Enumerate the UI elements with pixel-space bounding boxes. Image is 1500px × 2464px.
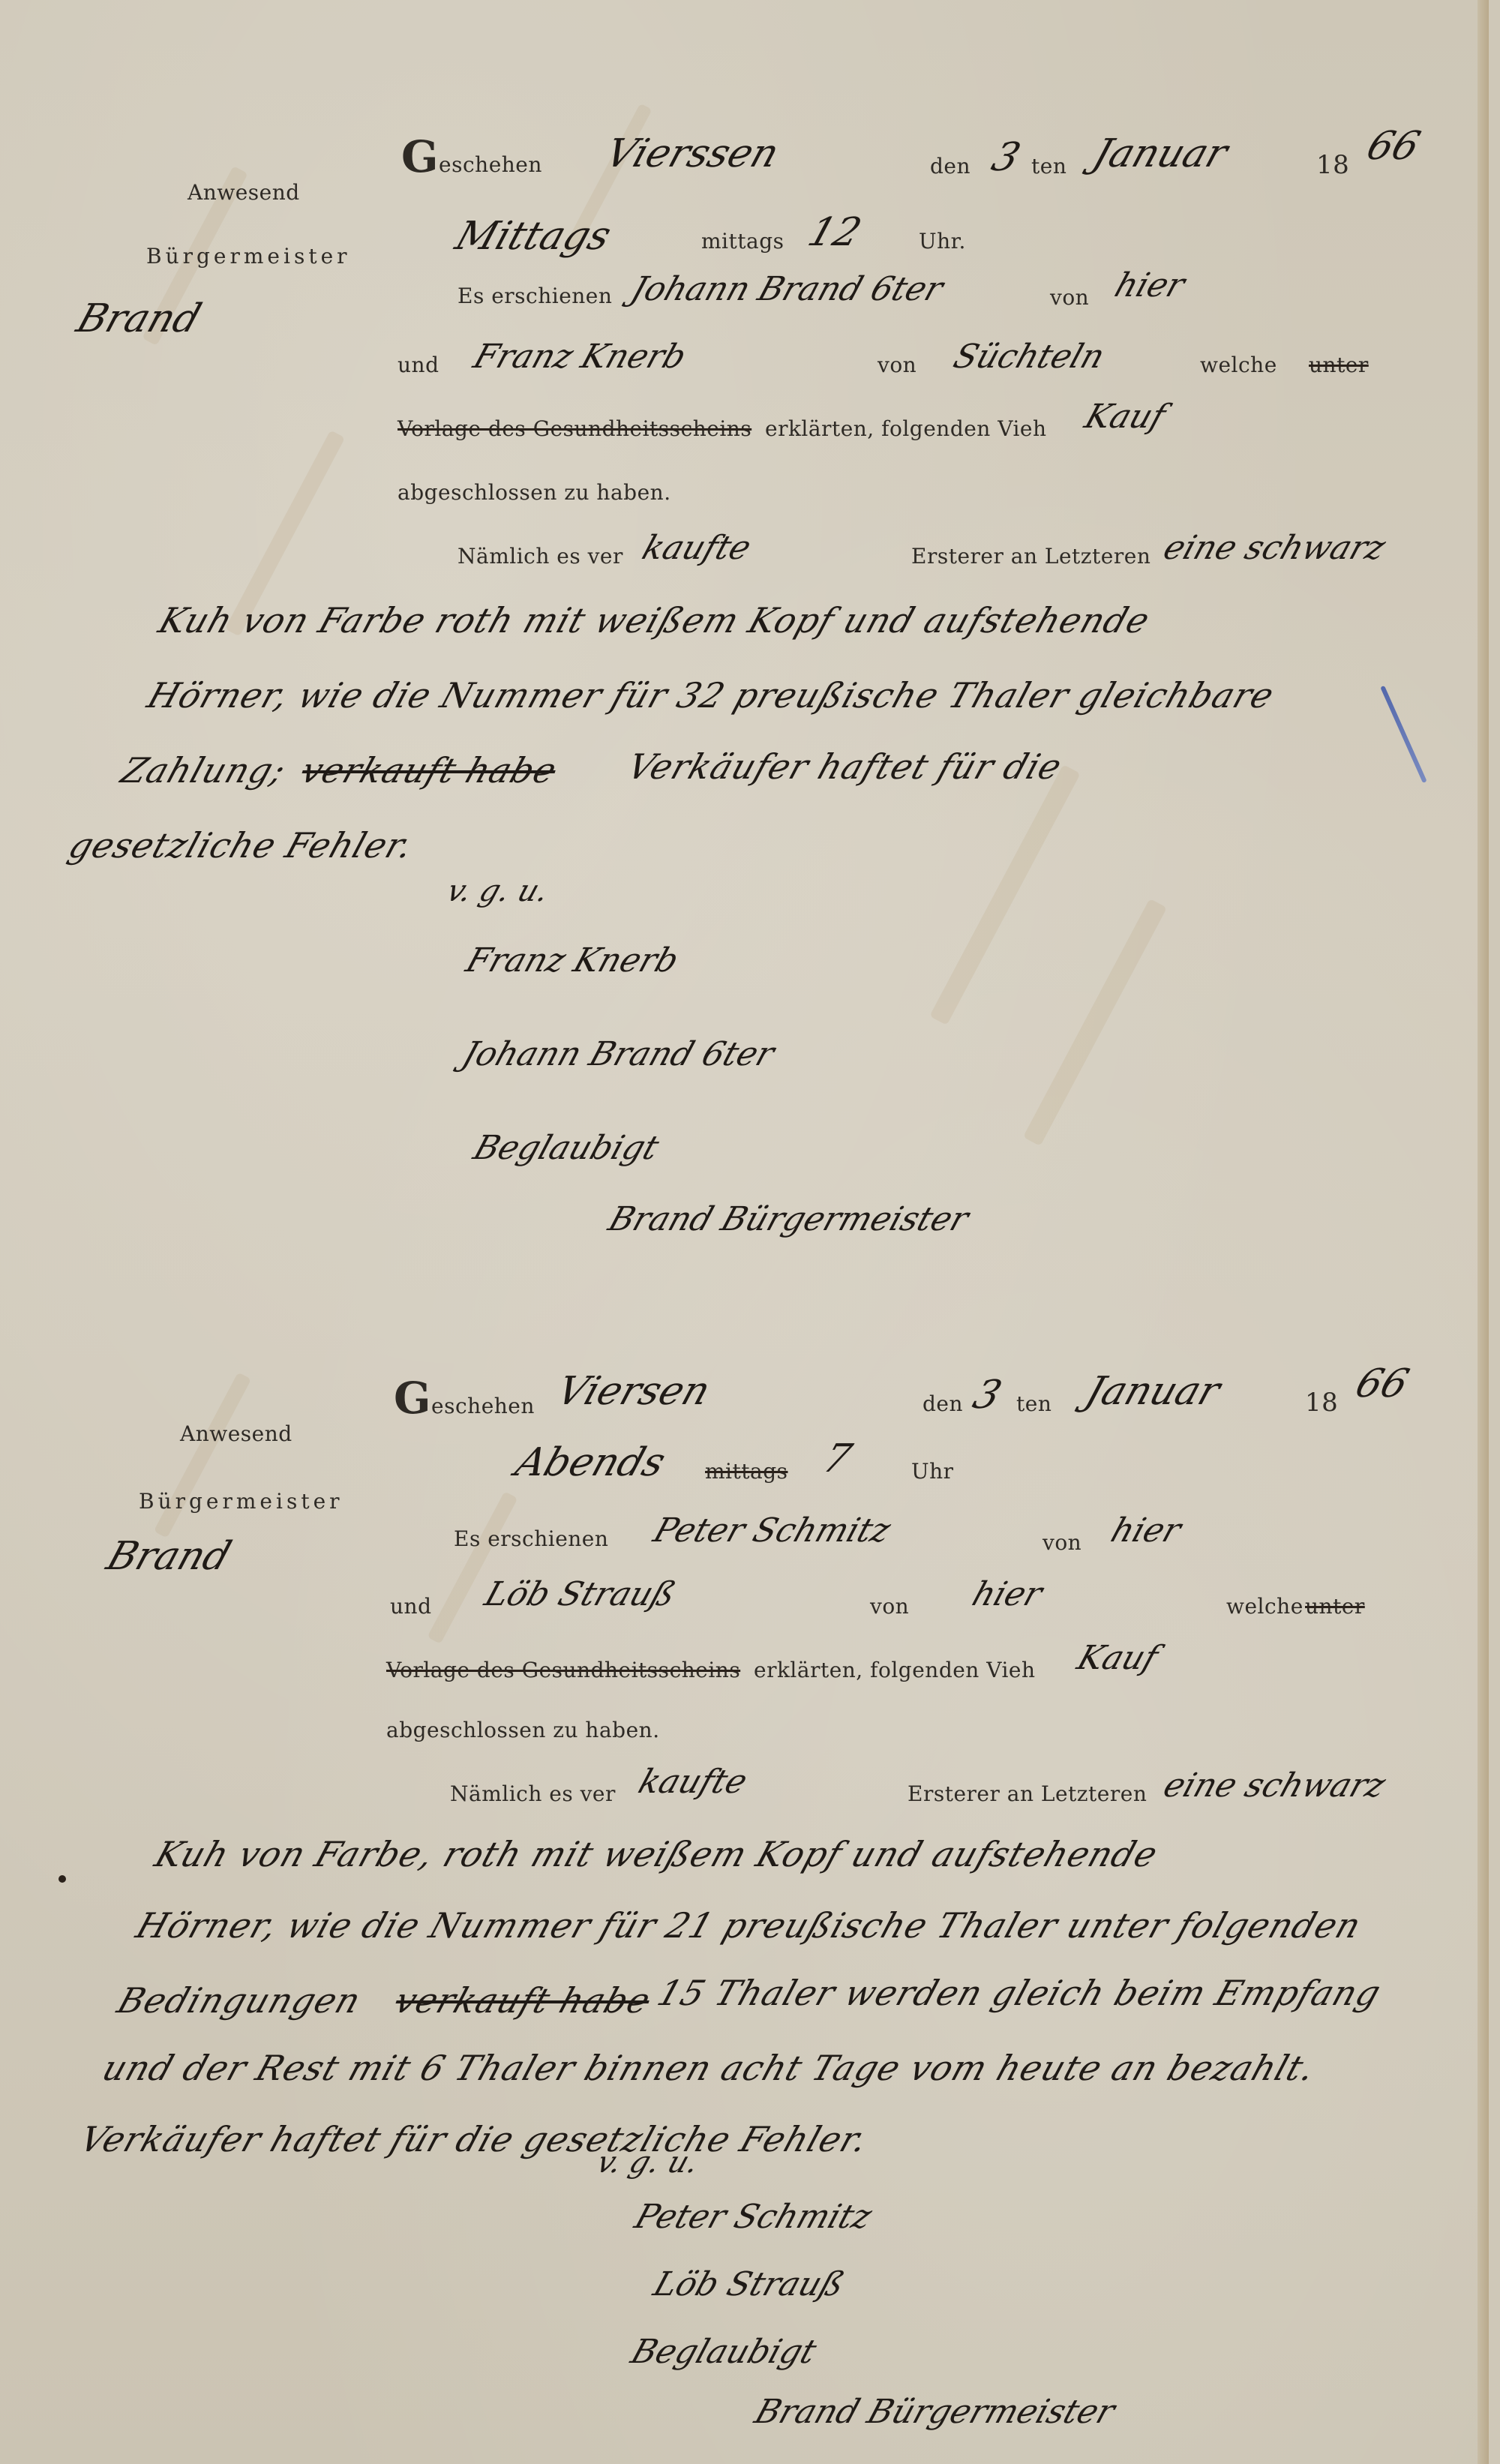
geschehen-label: Geschehen <box>401 131 542 182</box>
von-label: von <box>877 353 916 377</box>
year-entry: 66 <box>1350 1361 1414 1406</box>
mayor-signature: Brand Bürgermeister <box>750 2393 1120 2431</box>
erklaerten-label: erklärten, folgenden Vieh <box>754 1658 1036 1682</box>
uhr-label: Uhr <box>911 1459 954 1484</box>
es-erschienen-label: Es erschienen <box>457 284 612 308</box>
mittags-label: mittags <box>701 229 784 254</box>
erklaerten-label: erklärten, folgenden Vieh <box>765 416 1047 441</box>
blue-pencil-mark <box>1380 686 1426 783</box>
year-prefix: 18 <box>1305 1388 1338 1418</box>
den-label: den <box>930 154 970 179</box>
vorlage-struck-text: Vorlage des Gesundheitsscheins <box>397 416 751 441</box>
vgu-note: v. g. u. <box>442 874 553 908</box>
verb-suffix-entry: kaufte <box>637 529 756 567</box>
margin-official-name: Brand <box>71 296 206 341</box>
vgu-note: v. g. u. <box>592 2145 703 2180</box>
place-entry: Vierssen <box>600 131 784 176</box>
und-label: und <box>397 353 439 377</box>
body-line: Verkäufer haftet für die gesetzliche Feh… <box>75 2119 873 2159</box>
body-line: Verkäufer haftet für die <box>622 746 1067 787</box>
unter-struck-text: unter <box>1309 353 1369 377</box>
von-label: von <box>870 1594 909 1619</box>
body-line: 15 Thaler werden gleich beim Empfang <box>652 1973 1386 2013</box>
year-prefix: 18 <box>1316 150 1349 180</box>
hour-entry: 12 <box>802 210 867 255</box>
bleed-stain <box>1023 899 1167 1146</box>
month-entry: Januar <box>1087 131 1233 176</box>
geschehen-label: Geschehen <box>394 1373 535 1424</box>
bleed-stain <box>427 1491 518 1644</box>
time-prefix-entry: Mittags <box>450 214 616 259</box>
body-start-entry: eine schwarz <box>1159 529 1390 567</box>
body-line: Kuh von Farbe, roth mit weißem Kopf und … <box>150 1834 1163 1874</box>
verb-suffix-entry: kaufte <box>634 1763 752 1801</box>
body-line: Bedingungen <box>112 1980 366 2021</box>
signature-buyer: Löb Strauß <box>649 2265 849 2303</box>
body-line: und der Rest mit 6 Thaler binnen acht Ta… <box>97 2048 1321 2088</box>
party2-origin-entry: Süchteln <box>949 338 1109 376</box>
margin-present-label: Anwesend <box>180 1421 292 1446</box>
ersterer-label: Ersterer an Letzteren <box>907 1781 1147 1806</box>
bleed-stain <box>929 764 1080 1025</box>
ink-dot <box>58 1875 66 1883</box>
time-prefix-entry: Abends <box>510 1440 671 1485</box>
welche-label: welche <box>1226 1594 1303 1619</box>
party1-origin-entry: hier <box>1110 266 1189 305</box>
body-line: Kuh von Farbe roth mit weißem Kopf und a… <box>154 600 1155 641</box>
party1-origin-entry: hier <box>1106 1511 1186 1550</box>
unter-struck-text: unter <box>1305 1594 1365 1619</box>
uhr-label: Uhr. <box>919 229 966 254</box>
abgeschlossen-label: abgeschlossen zu haben. <box>397 480 671 505</box>
von-label: von <box>1050 285 1089 310</box>
ten-label: ten <box>1031 154 1066 179</box>
und-label: und <box>390 1594 432 1619</box>
margin-official-label: Bürgermeister <box>139 1489 343 1514</box>
page-edge <box>1477 0 1489 2464</box>
mayor-signature: Brand Bürgermeister <box>604 1200 973 1238</box>
ersterer-label: Ersterer an Letzteren <box>911 544 1150 569</box>
signature-buyer: Johann Brand 6ter <box>457 1035 779 1073</box>
hour-entry: 7 <box>817 1436 857 1481</box>
naemlich-label: Nämlich es ver <box>450 1781 616 1806</box>
signature-seller: Peter Schmitz <box>630 2198 877 2236</box>
body-line: Hörner, wie die Nummer für 21 preußische… <box>131 1905 1366 1946</box>
day-entry: 3 <box>986 135 1026 180</box>
month-entry: Januar <box>1080 1369 1225 1414</box>
trade-type-entry: Kauf <box>1072 1639 1162 1677</box>
margin-official-name: Brand <box>101 1534 236 1579</box>
von-label: von <box>1042 1530 1081 1555</box>
body-struck-text: verkauft habe <box>296 750 562 791</box>
document-page: Anwesend Bürgermeister Brand Geschehen V… <box>0 0 1489 2464</box>
party2-name-entry: Löb Strauß <box>480 1575 680 1613</box>
body-struck-text: verkauft habe <box>390 1980 656 2021</box>
margin-present-label: Anwesend <box>187 180 300 205</box>
signature-seller: Franz Knerb <box>461 941 683 980</box>
abgeschlossen-label: abgeschlossen zu haben. <box>386 1718 660 1742</box>
day-entry: 3 <box>967 1373 1007 1418</box>
party1-name-entry: Johann Brand 6ter <box>626 270 948 308</box>
year-entry: 66 <box>1361 124 1426 169</box>
party2-origin-entry: hier <box>967 1575 1047 1613</box>
vorlage-struck-text: Vorlage des Gesundheitsscheins <box>386 1658 740 1682</box>
naemlich-label: Nämlich es ver <box>457 544 623 569</box>
mittags-struck-text: mittags <box>705 1459 788 1484</box>
party1-name-entry: Peter Schmitz <box>649 1511 895 1550</box>
body-line: Zahlung; <box>116 750 291 791</box>
place-entry: Viersen <box>551 1369 715 1414</box>
body-line: Hörner, wie die Nummer für 32 preußische… <box>142 675 1279 716</box>
margin-official-label: Bürgermeister <box>146 244 351 269</box>
es-erschienen-label: Es erschienen <box>454 1526 608 1551</box>
den-label: den <box>922 1391 963 1416</box>
welche-label: welche <box>1200 353 1277 377</box>
body-line: gesetzliche Fehler. <box>64 825 418 866</box>
trade-type-entry: Kauf <box>1080 398 1170 436</box>
beglaubigt-note: Beglaubigt <box>626 2333 821 2371</box>
ten-label: ten <box>1016 1391 1051 1416</box>
body-start-entry: eine schwarz <box>1159 1766 1390 1805</box>
party2-name-entry: Franz Knerb <box>469 338 691 376</box>
beglaubigt-note: Beglaubigt <box>469 1129 664 1167</box>
